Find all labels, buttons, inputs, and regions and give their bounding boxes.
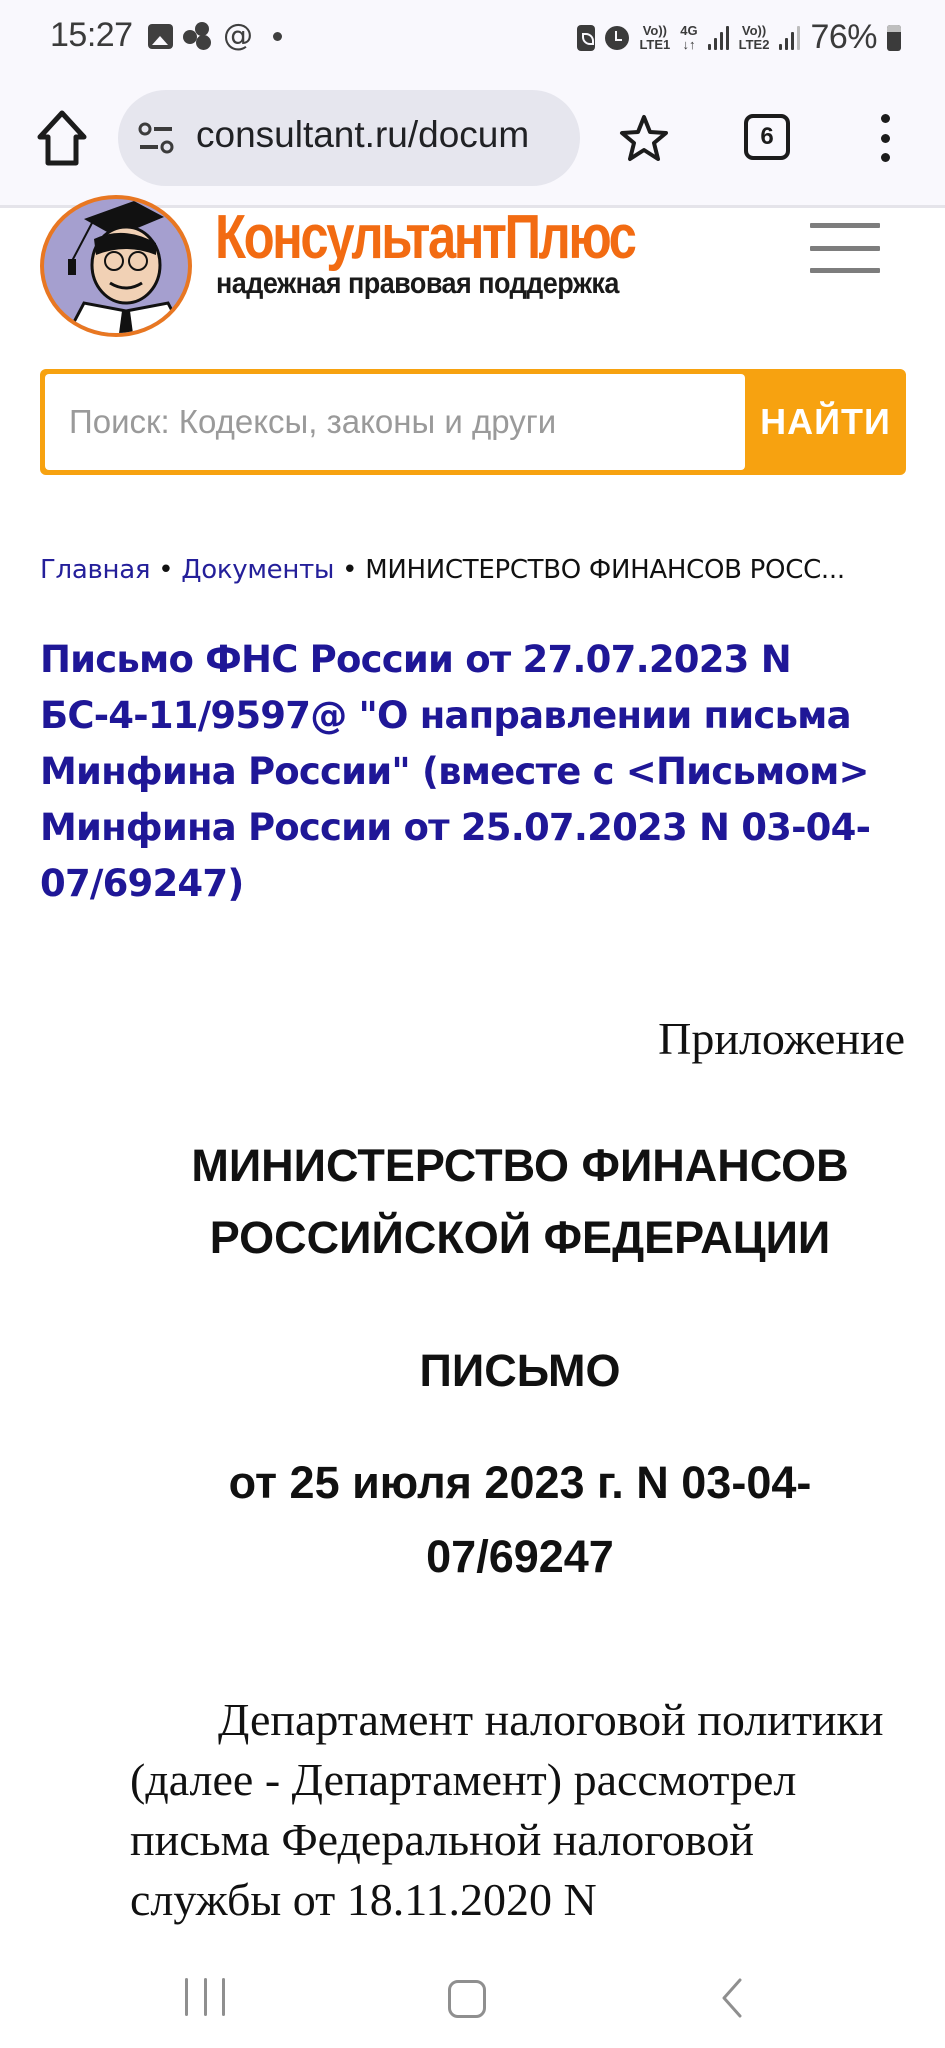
system-nav-bar — [0, 1940, 945, 2048]
appendix-label: Приложение — [658, 1012, 905, 1065]
back-icon[interactable] — [718, 1978, 748, 2018]
letter-heading: ПИСЬМО — [130, 1345, 910, 1397]
gallery-icon — [148, 24, 173, 49]
breadcrumb: Главная • Документы • МИНИСТЕРСТВО ФИНАН… — [40, 555, 845, 585]
battery-icon — [887, 25, 901, 51]
brand-tagline: надежная правовая поддержка — [216, 267, 619, 301]
logo-mascot[interactable] — [40, 195, 192, 337]
search-form: НАЙТИ — [40, 369, 906, 475]
bookmark-button[interactable] — [618, 112, 670, 164]
home-button[interactable] — [35, 108, 89, 168]
home-icon — [35, 108, 89, 168]
tab-switcher-button[interactable]: 6 — [744, 114, 790, 160]
signal-sim1-icon — [708, 26, 729, 50]
volte-lte2-icon: Vo)) LTE2 — [739, 24, 770, 52]
tune-icon[interactable] — [138, 122, 176, 154]
dot-icon — [273, 32, 282, 41]
search-button[interactable]: НАЙТИ — [745, 369, 906, 475]
tab-count: 6 — [760, 123, 773, 151]
breadcrumb-separator: • — [342, 555, 357, 585]
4g-data-icon: 4G ↓↑ — [680, 24, 697, 52]
signal-sim2-icon — [779, 26, 800, 50]
document-title: Письмо ФНС России от 27.07.2023 N БС-4-1… — [40, 632, 900, 912]
search-input[interactable] — [45, 374, 745, 470]
recent-apps-icon[interactable] — [185, 1978, 225, 2016]
letter-date-number: от 25 июля 2023 г. N 03-04-07/69247 — [160, 1446, 880, 1594]
ministry-heading: МИНИСТЕРСТВО ФИНАНСОВ РОССИЙСКОЙ ФЕДЕРАЦ… — [130, 1130, 910, 1274]
data-type-label: 4G — [680, 24, 697, 38]
url-text[interactable]: consultant.ru/docum — [196, 114, 566, 156]
star-icon — [618, 112, 670, 164]
brand-title[interactable]: КонсультантПлюс — [215, 207, 634, 269]
professor-mascot-icon — [44, 199, 192, 337]
system-icons: Vo)) LTE1 4G ↓↑ Vo)) LTE2 76% — [577, 18, 901, 57]
battery-percent: 76% — [810, 18, 877, 57]
breadcrumb-separator: • — [158, 555, 173, 585]
volte-lte1-icon: Vo)) LTE1 — [639, 24, 670, 52]
status-bar: 15:27 @ Vo)) LTE1 4G ↓↑ Vo)) LTE2 — [0, 0, 945, 78]
alarm-icon — [605, 26, 629, 50]
site-header: КонсультантПлюс надежная правовая поддер… — [0, 211, 945, 331]
sim1-lte-label: LTE1 — [639, 38, 670, 52]
breadcrumb-current: МИНИСТЕРСТВО ФИНАНСОВ РОСС... — [365, 555, 845, 585]
data-arrows-label: ↓↑ — [682, 38, 695, 52]
browser-toolbar: consultant.ru/docum 6 — [0, 78, 945, 208]
breadcrumb-home[interactable]: Главная — [40, 555, 150, 585]
breadcrumb-documents[interactable]: Документы — [181, 555, 334, 585]
home-nav-icon[interactable] — [448, 1980, 486, 2018]
sim1-volte-label: Vo)) — [643, 24, 667, 38]
address-bar[interactable]: consultant.ru/docum — [118, 90, 580, 186]
bubbles-icon — [183, 22, 213, 50]
body-paragraph: Департамент налоговой политики (далее - … — [130, 1690, 900, 1930]
hamburger-menu-icon[interactable] — [810, 223, 880, 273]
at-icon: @ — [223, 22, 253, 50]
more-vert-icon[interactable] — [870, 114, 900, 162]
status-time: 15:27 — [50, 16, 133, 55]
sim2-volte-label: Vo)) — [742, 24, 766, 38]
notification-icons: @ — [148, 22, 282, 50]
battery-saver-icon — [577, 25, 595, 51]
sim2-lte-label: LTE2 — [739, 38, 770, 52]
